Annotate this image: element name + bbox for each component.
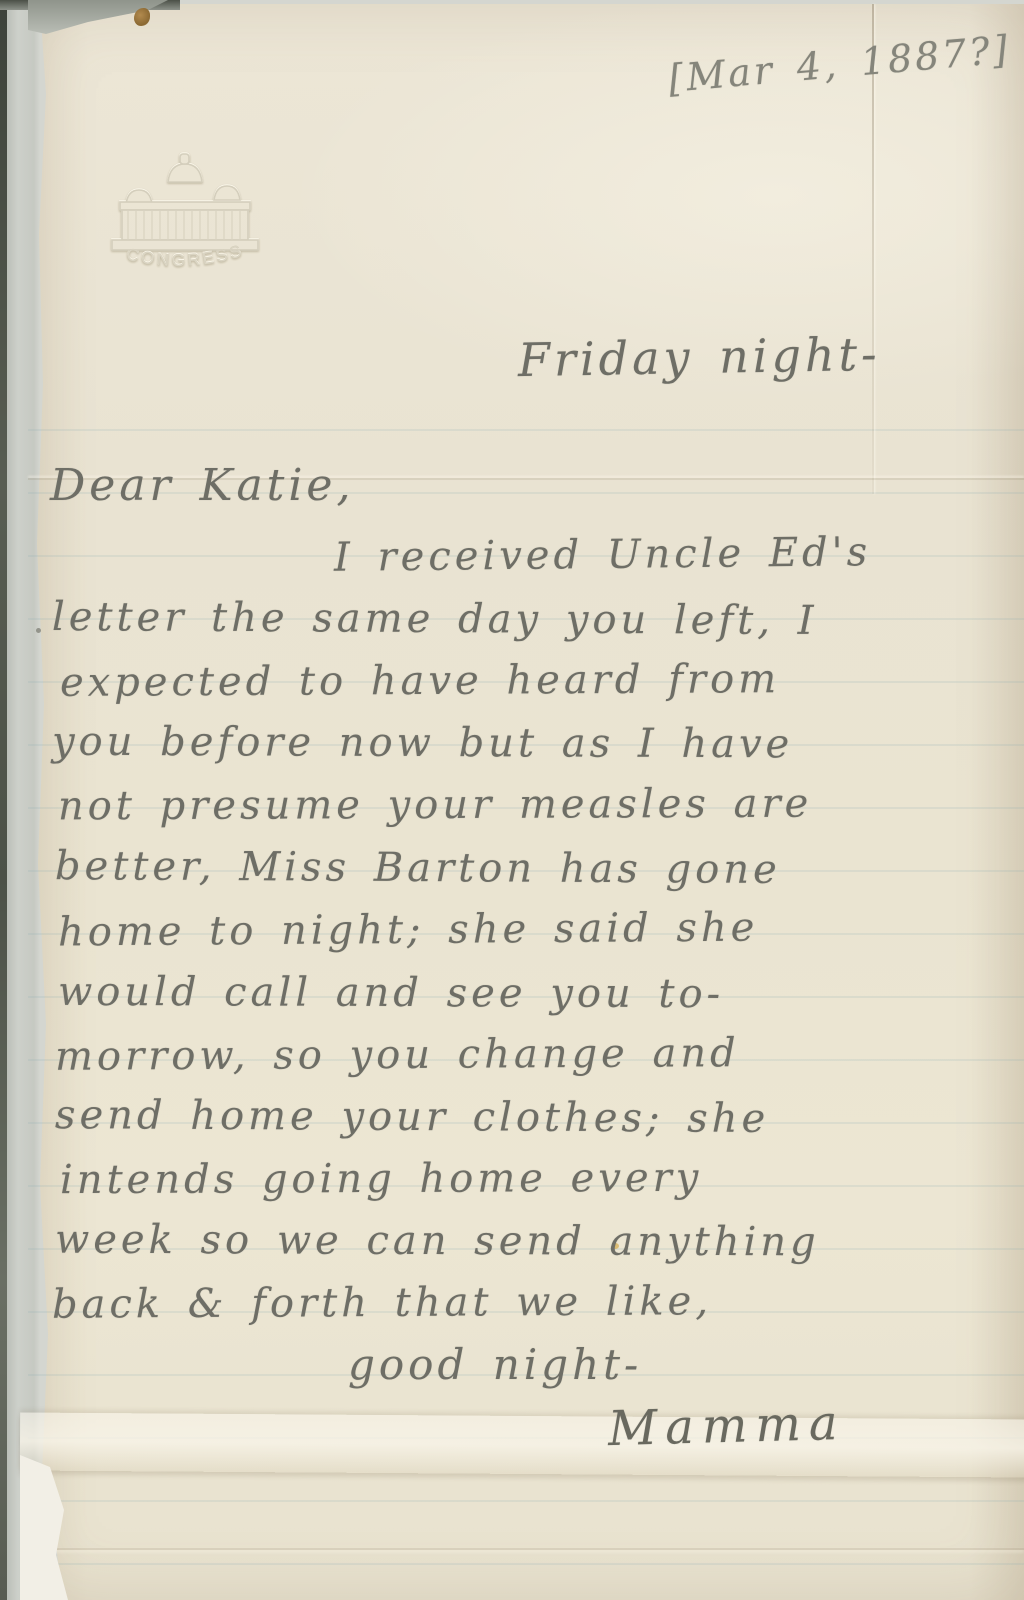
letter-body-line: I received Uncle Ed's bbox=[334, 529, 872, 581]
letter-signature: Mamma bbox=[607, 1395, 846, 1457]
letter-body-line: letter the same day you left, I bbox=[52, 594, 818, 644]
letter-body-line: better, Miss Barton has gone bbox=[55, 843, 781, 893]
horizontal-crease-bottom bbox=[28, 1548, 1024, 1550]
letter-body-line: expected to have heard from bbox=[60, 656, 780, 706]
letter-body-line: would call and see you to- bbox=[58, 969, 724, 1017]
letter-body-line: send home your clothes; she bbox=[55, 1092, 769, 1142]
horizontal-fold-band-lower bbox=[20, 1412, 1024, 1477]
letter-scan: CONGRESS [Mar 4, 1887?] Friday night- De… bbox=[0, 0, 1024, 1600]
embossed-capitol-seal-icon: CONGRESS bbox=[96, 142, 272, 278]
letter-salutation: Dear Katie, bbox=[50, 460, 354, 511]
letter-dateline: Friday night- bbox=[518, 327, 881, 387]
letter-body-line: back & forth that we like, bbox=[52, 1278, 712, 1327]
letter-body-line: you before now but as I have bbox=[52, 719, 793, 768]
letter-body-line: week so we can send anything bbox=[55, 1217, 820, 1266]
letter-body-line: intends going home every bbox=[60, 1155, 702, 1203]
letter-closing: good night- bbox=[348, 1340, 642, 1389]
paper-speck bbox=[36, 628, 41, 633]
letter-body-line: morrow, so you change and bbox=[55, 1030, 740, 1080]
letter-body-line: home to night; she said she bbox=[58, 905, 759, 956]
scanner-edge-strip bbox=[0, 0, 7, 1600]
letter-body-line: not presume your measles are bbox=[58, 781, 812, 830]
